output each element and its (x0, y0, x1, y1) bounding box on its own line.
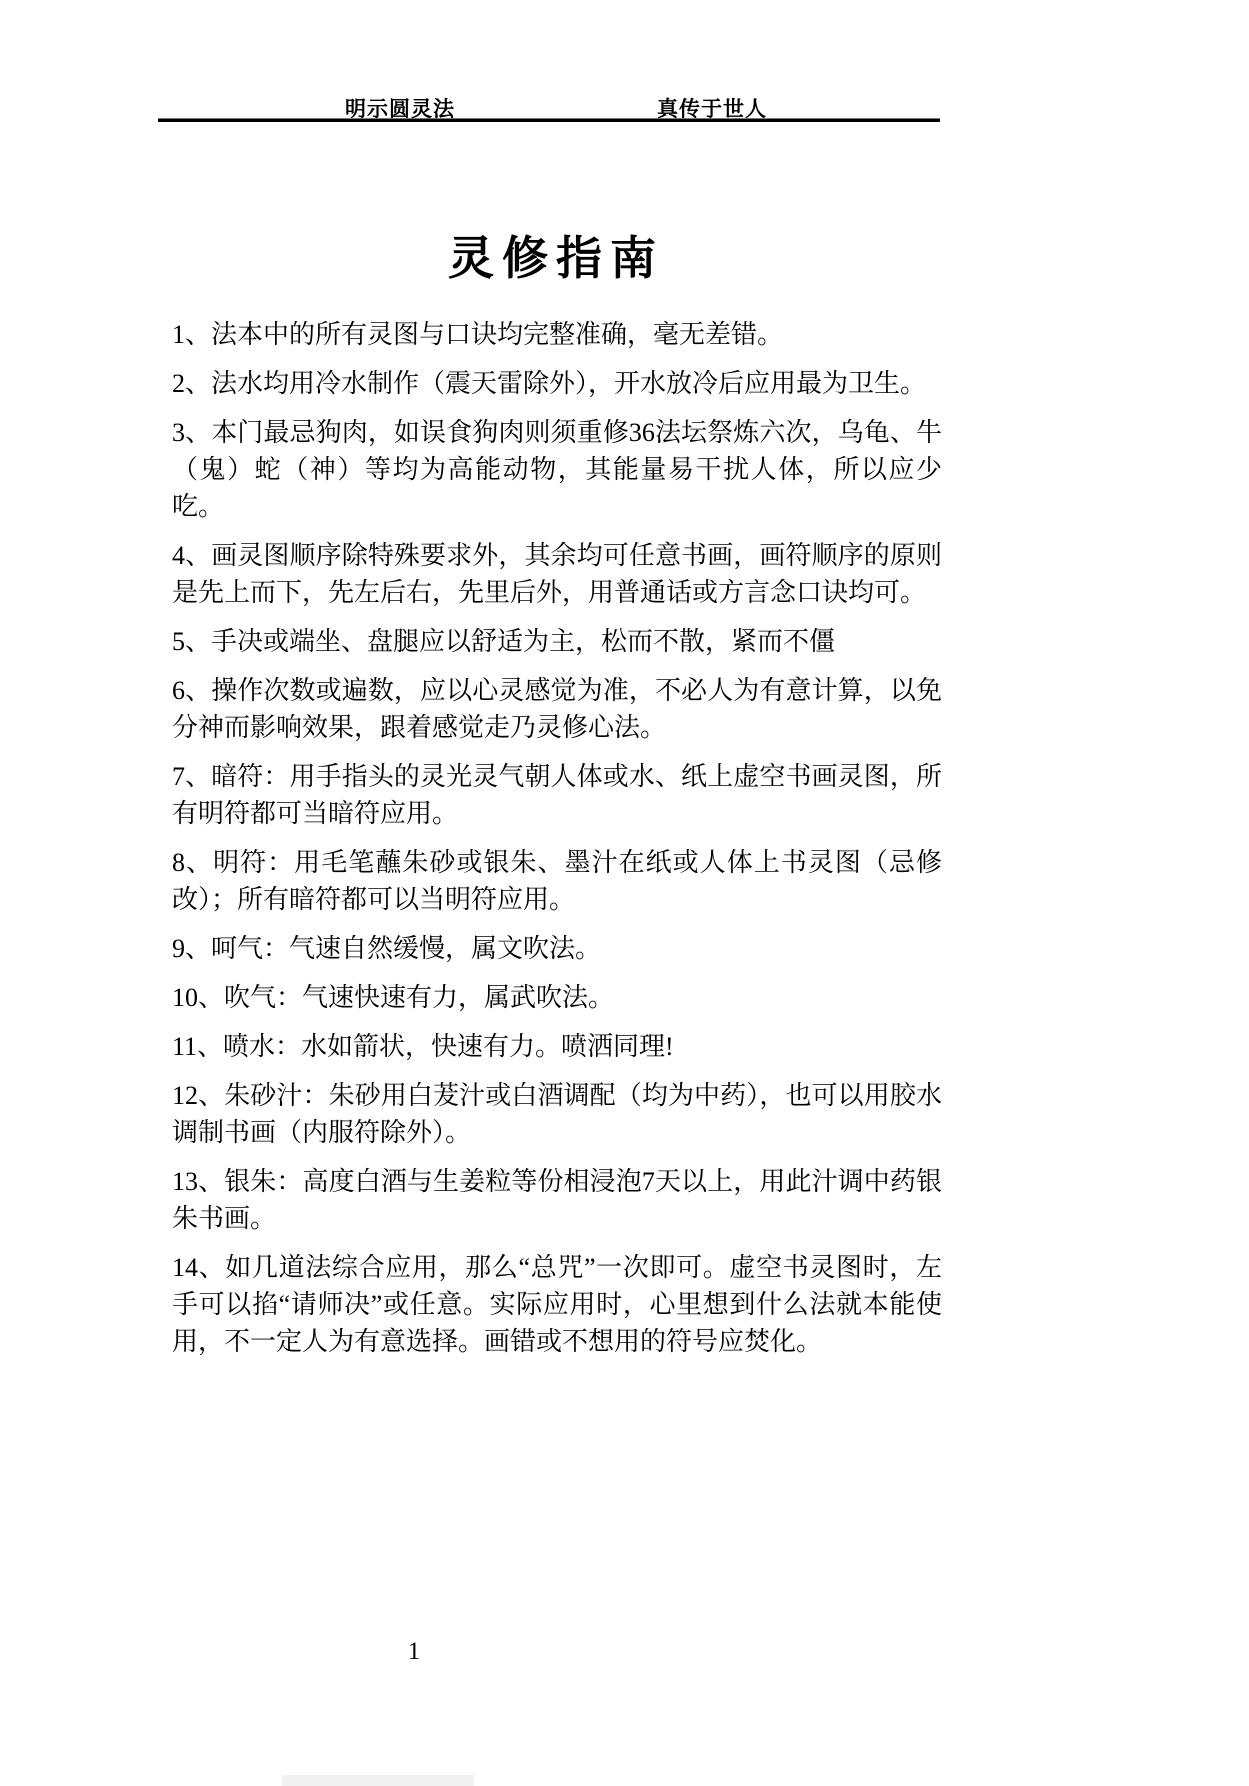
list-item: 12、朱砂汁：朱砂用白茇汁或白酒调配（均为中药），也可以用胶水调制书画（内服符除… (172, 1077, 942, 1151)
list-item: 4、画灵图顺序除特殊要求外，其余均可任意书画，画符顺序的原则是先上而下，先左后右… (172, 537, 942, 611)
list-item: 8、明符：用毛笔蘸朱砂或银朱、墨汁在纸或人体上书灵图（忌修改）；所有暗符都可以当… (172, 844, 942, 918)
list-item: 10、吹气：气速快速有力，属武吹法。 (172, 979, 942, 1016)
document-body: 1、法本中的所有灵图与口诀均完整准确，毫无差错。 2、法水均用冷水制作（震天雷除… (172, 316, 942, 1372)
list-item: 5、手决或端坐、盘腿应以舒适为主，松而不散，紧而不僵 (172, 623, 942, 660)
list-item: 9、呵气：气速自然缓慢，属文吹法。 (172, 930, 942, 967)
header-rule (158, 118, 940, 122)
list-item: 14、如几道法综合应用，那么“总咒”一次即可。虚空书灵图时，左手可以掐“请师决”… (172, 1249, 942, 1360)
page-number: 1 (396, 1638, 432, 1666)
list-item: 6、操作次数或遍数，应以心灵感觉为准，不必人为有意计算，以免分神而影响效果，跟着… (172, 672, 942, 746)
list-item: 2、法水均用冷水制作（震天雷除外），开水放冷后应用最为卫生。 (172, 365, 942, 402)
list-item: 13、银朱：高度白酒与生姜粒等份相浸泡7天以上，用此汁调中药银朱书画。 (172, 1163, 942, 1237)
list-item: 7、暗符：用手指头的灵光灵气朝人体或水、纸上虚空书画灵图，所有明符都可当暗符应用… (172, 758, 942, 832)
document-page: 明示圆灵法 真传于世人 灵修指南 1、法本中的所有灵图与口诀均完整准确，毫无差错… (0, 0, 1249, 1786)
list-item: 11、喷水：水如箭状，快速有力。喷洒同理! (172, 1028, 942, 1065)
bottom-gray-bar (282, 1775, 474, 1786)
list-item: 1、法本中的所有灵图与口诀均完整准确，毫无差错。 (172, 316, 942, 353)
page-title: 灵修指南 (170, 222, 942, 288)
list-item: 3、本门最忌狗肉，如误食狗肉则须重修36法坛祭炼六次，乌龟、牛（鬼）蛇（神）等均… (172, 414, 942, 525)
